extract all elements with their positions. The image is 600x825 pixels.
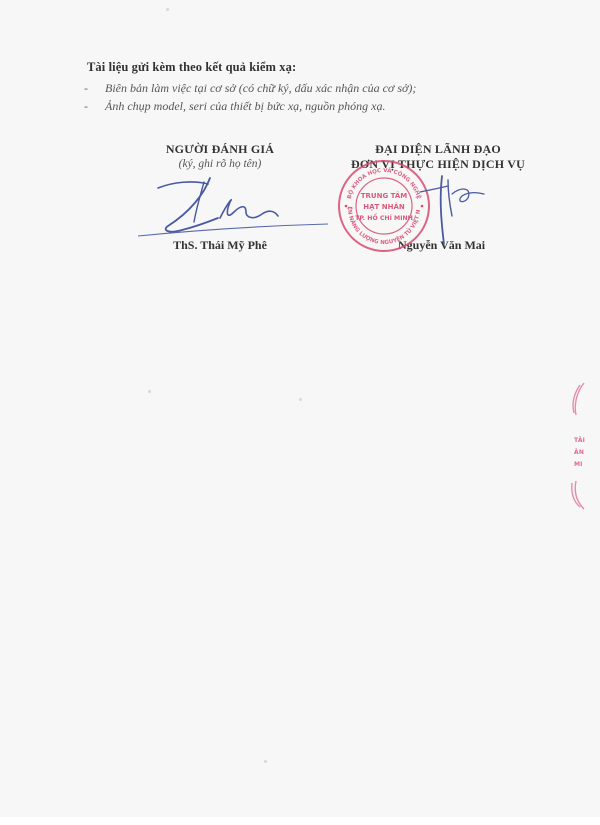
seam-stamp-text: ÂN <box>574 449 584 456</box>
attachment-item-text: Biên bản làm việc tại cơ sở (có chữ ký, … <box>105 81 416 95</box>
scan-speck <box>264 760 267 763</box>
attachment-item: - Ảnh chụp model, seri của thiết bị bức … <box>87 97 567 115</box>
svg-text:HẠT NHÂN: HẠT NHÂN <box>363 202 405 211</box>
attachments-title: Tài liệu gửi kèm theo kết quả kiểm xạ: <box>87 60 567 75</box>
scan-speck <box>148 390 151 393</box>
bullet-dash: - <box>84 97 88 115</box>
attachments-section: Tài liệu gửi kèm theo kết quả kiểm xạ: -… <box>87 60 567 115</box>
page-bottom-edge <box>0 817 600 825</box>
svg-text:TRUNG TÂM: TRUNG TÂM <box>361 191 408 200</box>
svg-text:TP. HỒ CHÍ MINH: TP. HỒ CHÍ MINH <box>355 212 413 222</box>
scan-speck <box>166 8 169 11</box>
scan-speck <box>299 398 302 401</box>
evaluator-signature-block: NGƯỜI ĐÁNH GIÁ (ký, ghi rõ họ tên) ThS. … <box>120 142 320 172</box>
seam-stamp-fragment: TÂI ÂN MI <box>564 375 600 515</box>
attachment-item-text: Ảnh chụp model, seri của thiết bị bức xạ… <box>105 99 386 113</box>
director-handwritten-signature-icon <box>418 172 488 252</box>
evaluator-heading: NGƯỜI ĐÁNH GIÁ <box>120 142 320 157</box>
director-heading-line1: ĐẠI DIỆN LÃNH ĐẠO <box>338 142 538 157</box>
seam-stamp-text: MI <box>574 461 583 468</box>
evaluator-handwritten-signature-icon <box>138 172 328 242</box>
bullet-dash: - <box>84 79 88 97</box>
seam-stamp-ring-icon <box>564 375 600 515</box>
attachment-item: - Biên bản làm việc tại cơ sở (có chữ ký… <box>87 79 567 97</box>
seam-stamp-text: TÂI <box>574 437 585 444</box>
evaluator-subheading: (ký, ghi rõ họ tên) <box>120 157 320 172</box>
